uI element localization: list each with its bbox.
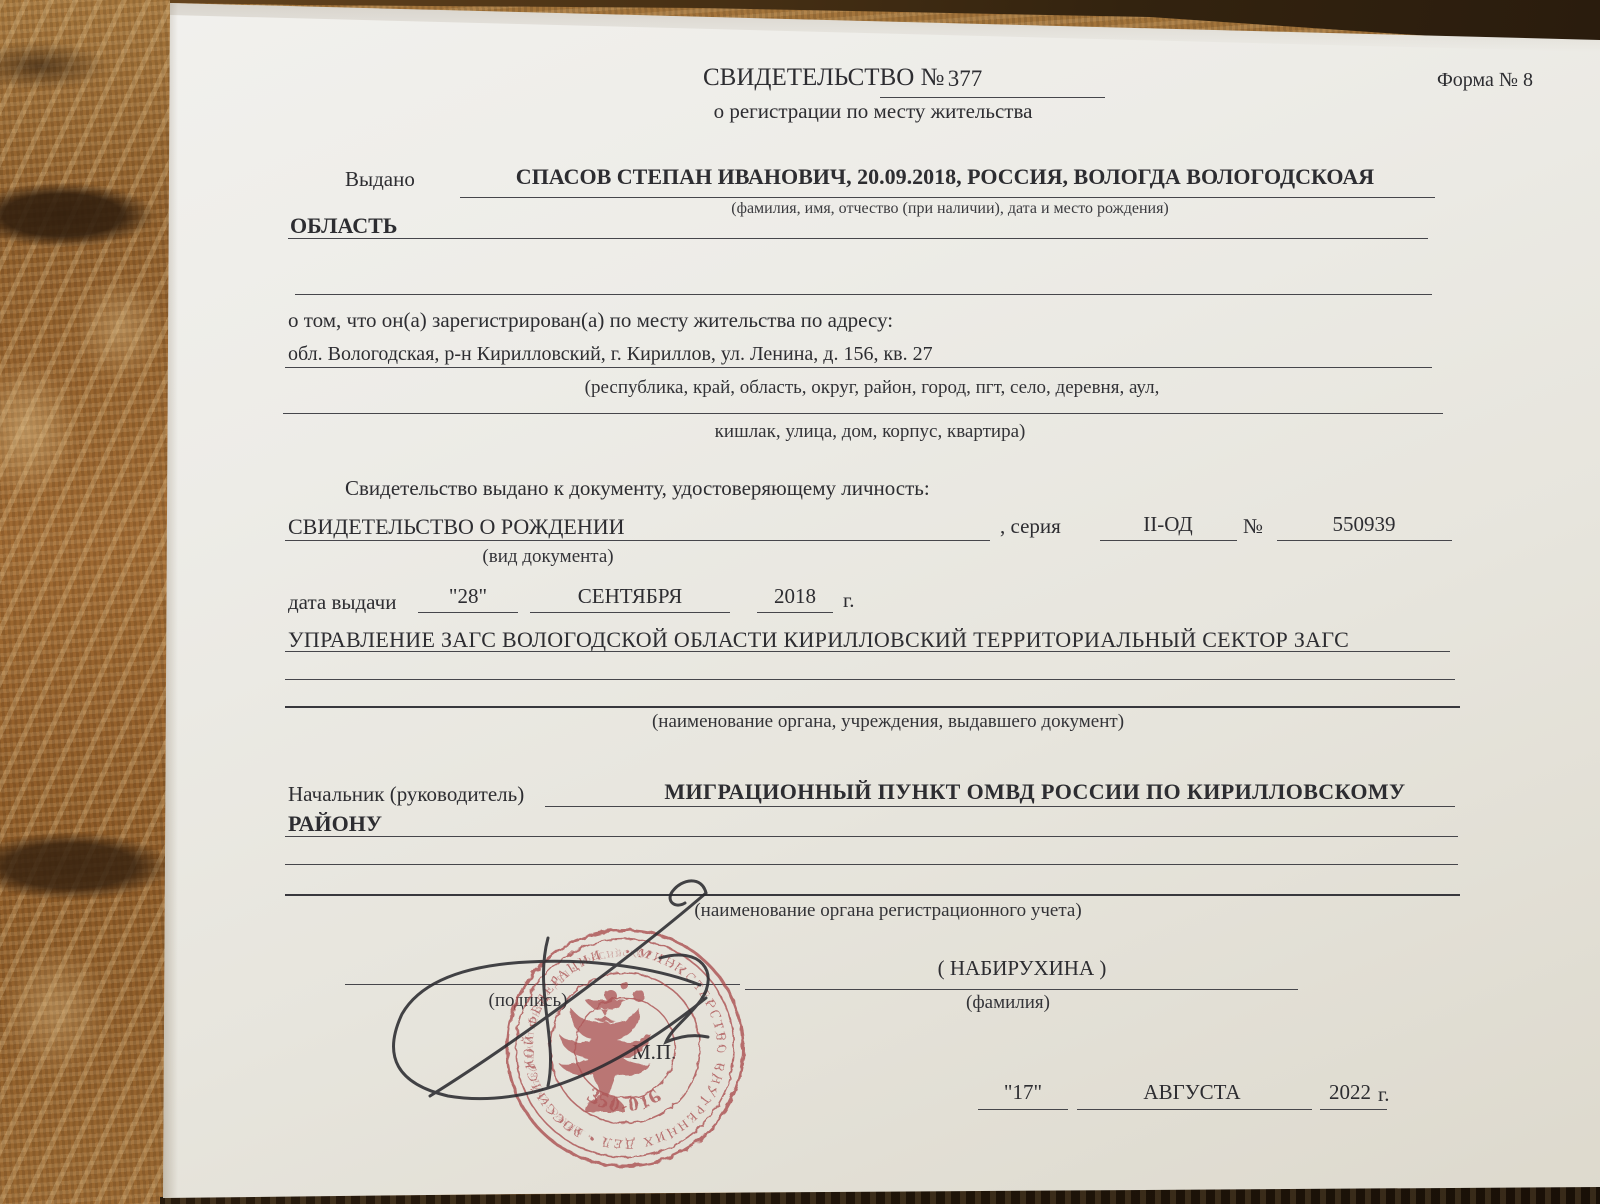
signing-day-line [978, 1072, 1068, 1110]
issue-month-line [530, 575, 730, 613]
surname-line [745, 952, 1298, 990]
certificate-number-line [880, 59, 1105, 98]
person-line [460, 160, 1435, 198]
identity-intro: Свидетельство выдано к документу, удосто… [345, 476, 930, 501]
doc-number-line [1277, 503, 1452, 541]
blank-line-2 [283, 376, 1443, 414]
series-label: , серия [1000, 514, 1061, 539]
photo-of-certificate: { "header": { "certificate_label": "СВИД… [0, 0, 1600, 1204]
doc-type-hint: (вид документа) [482, 546, 613, 568]
blank-line-1 [295, 256, 1432, 295]
series-line [1100, 503, 1237, 541]
doc-type-line [285, 503, 990, 541]
address-hint-2: кишлак, улица, дом, корпус, квартира) [715, 421, 1026, 443]
issue-year-suffix: г. [843, 588, 855, 613]
issue-year-line [757, 575, 833, 613]
signing-year-line [1320, 1072, 1387, 1110]
form-number-label: Форма № 8 [1437, 69, 1533, 92]
signature-ink [330, 860, 780, 1150]
number-sign: № [1243, 514, 1263, 539]
certificate-subtitle: о регистрации по месту жительства [714, 99, 1033, 124]
address-line [285, 330, 1432, 368]
signing-year-suffix: г. [1378, 1082, 1390, 1107]
issuer-hint: (наименование органа, учреждения, выдавш… [652, 711, 1124, 733]
fabric-background-left [0, 0, 178, 1204]
surname-hint: (фамилия) [966, 992, 1050, 1014]
person-line-2 [288, 200, 1428, 239]
signing-month-line [1077, 1072, 1312, 1110]
issue-date-label: дата выдачи [288, 590, 396, 615]
blank-line-4 [285, 669, 1460, 708]
issue-day-line [418, 575, 518, 613]
issued-label: Выдано [345, 167, 415, 192]
